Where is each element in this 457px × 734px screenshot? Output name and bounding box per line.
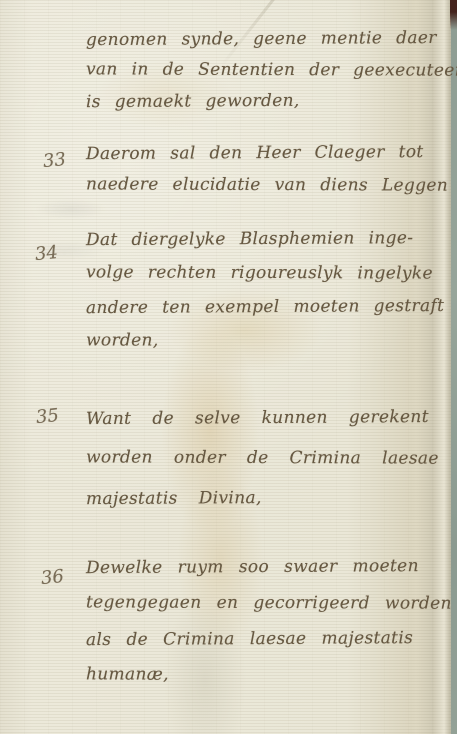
manuscript-line: worden onder de Crimina laesae bbox=[86, 437, 448, 478]
manuscript-line: Dat diergelyke Blasphemien inge- bbox=[86, 221, 448, 257]
manuscript-line: als de Crimina laesae majestatis bbox=[86, 620, 448, 658]
paragraph-33: Daerom sal den Heer Claeger tot naedere … bbox=[86, 137, 448, 201]
paragraph-36: Dewelke ruym soo swaer moeten tegengegae… bbox=[86, 549, 448, 693]
backing-edge bbox=[451, 0, 457, 734]
paragraph-34: Dat diergelyke Blasphemien inge- volge r… bbox=[86, 222, 448, 358]
binding-corner bbox=[450, 0, 457, 30]
manuscript-line: Dewelke ruym soo swaer moeten bbox=[86, 548, 448, 586]
paragraph-35: Want de selve kunnen gerekent worden ond… bbox=[86, 398, 448, 518]
manuscript-line: genomen synde, geene mentie daer bbox=[86, 23, 448, 56]
manuscript-line: andere ten exempel moeten gestraft bbox=[86, 289, 448, 325]
manuscript-line: tegengegaen en gecorrigeerd worden bbox=[86, 584, 448, 621]
margin-number-36: 36 bbox=[40, 566, 65, 589]
manuscript-line: worden, bbox=[86, 323, 448, 358]
manuscript-line: naedere elucidatie van diens Leggen bbox=[86, 168, 448, 201]
manuscript-line: humanæ, bbox=[86, 656, 448, 693]
manuscript-line: van in de Sententien der geexecuteerdens bbox=[86, 54, 448, 86]
paragraph-continuation: genomen synde, geene mentie daer van in … bbox=[86, 24, 448, 117]
manuscript-line: Want de selve kunnen gerekent bbox=[86, 397, 448, 439]
manuscript-line: volge rechten rigoureuslyk ingelyke bbox=[86, 255, 448, 290]
manuscript-line: is gemaekt geworden, bbox=[86, 85, 448, 118]
margin-number-35: 35 bbox=[35, 405, 60, 428]
manuscript-line: majestatis Divina, bbox=[86, 477, 448, 519]
margin-number-33: 33 bbox=[42, 149, 67, 172]
margin-number-34: 34 bbox=[34, 242, 59, 265]
manuscript-page: 33 34 35 36 genomen synde, geene mentie … bbox=[0, 0, 457, 734]
manuscript-line: Daerom sal den Heer Claeger tot bbox=[86, 136, 448, 170]
